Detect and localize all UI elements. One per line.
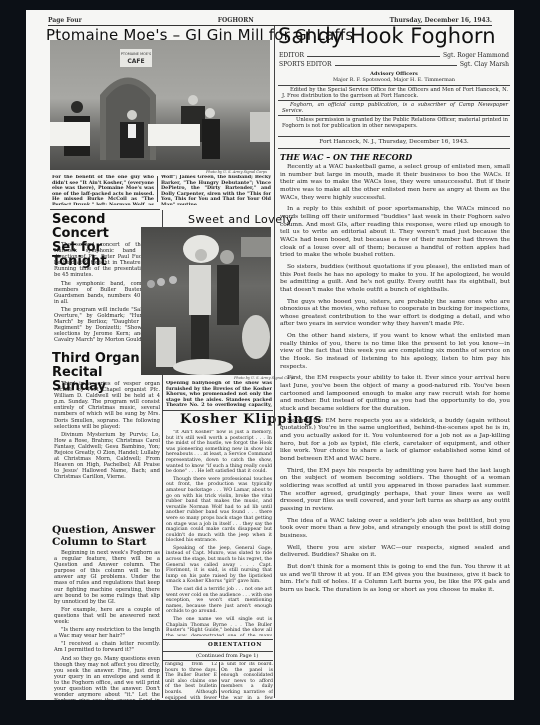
editorial-paragraph: On the other hand sisters, if you want t…	[280, 333, 510, 371]
kosher-paragraph: Though there were professional touches o…	[166, 477, 272, 544]
orientation-col1: ranging from 12 hours to three days. The…	[165, 662, 217, 700]
issue-date: Thursday, December 16, 1943.	[390, 17, 492, 24]
masthead-title: Sandy Hook Foghorn	[278, 24, 496, 48]
dateline: Fort Hancock, N. J., Thursday, December …	[278, 139, 510, 145]
caption-divider	[157, 176, 158, 202]
editorial-paragraph: Recently at a WAC basketball game, a sel…	[280, 164, 510, 202]
stage-scene-illustration: PTOMAINE MOE'S CAFE	[50, 40, 270, 170]
organ-paragraph: Divinum Mysterium by Purvis; Lo, How a R…	[54, 432, 160, 481]
chorus-line-illustration	[141, 227, 271, 375]
editorial-paragraph: Second, the EM here respects you as a si…	[280, 418, 510, 464]
kosher-body: "It Ain't Kosher" now is just a memory, …	[166, 430, 272, 636]
editor-label: EDITOR	[279, 52, 304, 59]
editorial-paragraph: First, the EM respects your ability to t…	[280, 375, 510, 413]
editorial-paragraph: But don't think for a moment this is goi…	[280, 564, 510, 595]
editorial-paragraph: Third, the EM pays his respects by admit…	[280, 468, 510, 514]
qa-paragraph: Beginning in next week's Foghorn as a re…	[54, 550, 160, 605]
rule	[278, 136, 510, 137]
kosher-paragraph: The one name we will single out is Chapl…	[166, 617, 272, 636]
rule	[163, 639, 273, 640]
page-label: Page Four	[48, 17, 82, 24]
sports-editor-name: Sgt. Clay Marsh	[460, 61, 509, 68]
sweet-photo	[141, 227, 271, 375]
column-divider	[274, 26, 275, 698]
rule	[278, 148, 510, 149]
sweet-caption: Opening ballyhoogh of the show was furni…	[166, 381, 272, 407]
editorial-paragraph: Well, there you are sister WAC—our respe…	[280, 545, 510, 560]
editorial-body: Recently at a WAC basketball game, a sel…	[280, 164, 510, 698]
rule	[163, 410, 273, 411]
editorial-paragraph: So sisters, buddies (without quotations …	[280, 264, 510, 295]
sports-editor-row: SPORTS EDITOR Sgt. Clay Marsh	[279, 61, 509, 68]
sports-editor-label: SPORTS EDITOR	[279, 61, 332, 68]
rule	[163, 660, 273, 661]
orientation-col2: a unit for its board. On the panel is en…	[221, 662, 273, 700]
newspaper-page: Page Four FOGHORN Thursday, December 16,…	[26, 10, 514, 700]
sign-line2: CAFE	[127, 58, 144, 65]
advisory-names: Major R. F. Spotswood, Major H. E. Timme…	[279, 77, 509, 83]
editorial-paragraph: The idea of a WAC taking over a soldier'…	[280, 518, 510, 541]
qa-headline-line2: Column to Start	[52, 536, 160, 548]
qa-paragraph: And so they go. Many questions even thou…	[54, 656, 160, 701]
qa-headline-line1: Question, Answer	[52, 524, 160, 536]
rule	[278, 115, 510, 116]
qa-paragraph: For example, here are a couple of questi…	[54, 607, 160, 625]
kosher-paragraph: The cast did a terrific job . . . not on…	[166, 587, 272, 615]
sweet-headline: Sweet and Lovely	[188, 213, 293, 226]
editorial-headline: THE WAC – ON THE RECORD	[280, 152, 412, 162]
column-divider	[219, 662, 220, 698]
qa-headline: Question, Answer Column to Start	[52, 524, 160, 548]
ptomaine-photo: PTOMAINE MOE'S CAFE	[50, 40, 270, 170]
editor-row: EDITOR Sgt. Roger Hammond	[279, 52, 509, 59]
masthead-box3: Unless permission is granted by the Publ…	[282, 117, 508, 129]
rule	[278, 100, 510, 101]
rule	[278, 85, 510, 86]
editorial-paragraph: In a reply to this exhibit of poor sport…	[280, 206, 510, 260]
ptomaine-photo-credit: Photo by U. S. Army Signal Corps	[206, 170, 267, 174]
organ-body: Third in a series of vesper organ recita…	[54, 381, 160, 519]
rule	[163, 651, 273, 652]
qa-paragraph: "Is there any restriction to the length …	[54, 627, 160, 639]
ptomaine-caption-right: Wolf"; James Green, the husband; Becky B…	[161, 175, 271, 205]
sign-line1: PTOMAINE MOE'S	[121, 52, 152, 56]
kosher-paragraph: Speaking of the jeep, General Gage, inst…	[166, 546, 272, 585]
editorial-paragraph: The guys who booed you, sisters, are pro…	[280, 299, 510, 330]
editor-name: Sgt. Roger Hammond	[443, 52, 509, 59]
masthead-box2: Foghorn, an official camp publication, i…	[282, 102, 508, 114]
paper-name: FOGHORN	[218, 17, 254, 24]
orientation-headline: ORIENTATION	[208, 642, 262, 648]
qa-paragraph: "I received a chain letter recently. Am …	[54, 641, 160, 653]
rule	[50, 209, 160, 210]
kosher-paragraph: "It Ain't Kosher" now is just a memory, …	[166, 430, 272, 475]
ptomaine-caption-left: For the benefit of the one guy who didn'…	[52, 175, 154, 205]
orientation-continued: (Continued from Page 1)	[196, 653, 258, 659]
masthead-box1: Edited by the Special Service Office for…	[282, 87, 508, 99]
qa-body: Beginning in next week's Foghorn as a re…	[54, 550, 160, 700]
organ-paragraph: Third in a series of vesper organ recita…	[54, 381, 160, 430]
